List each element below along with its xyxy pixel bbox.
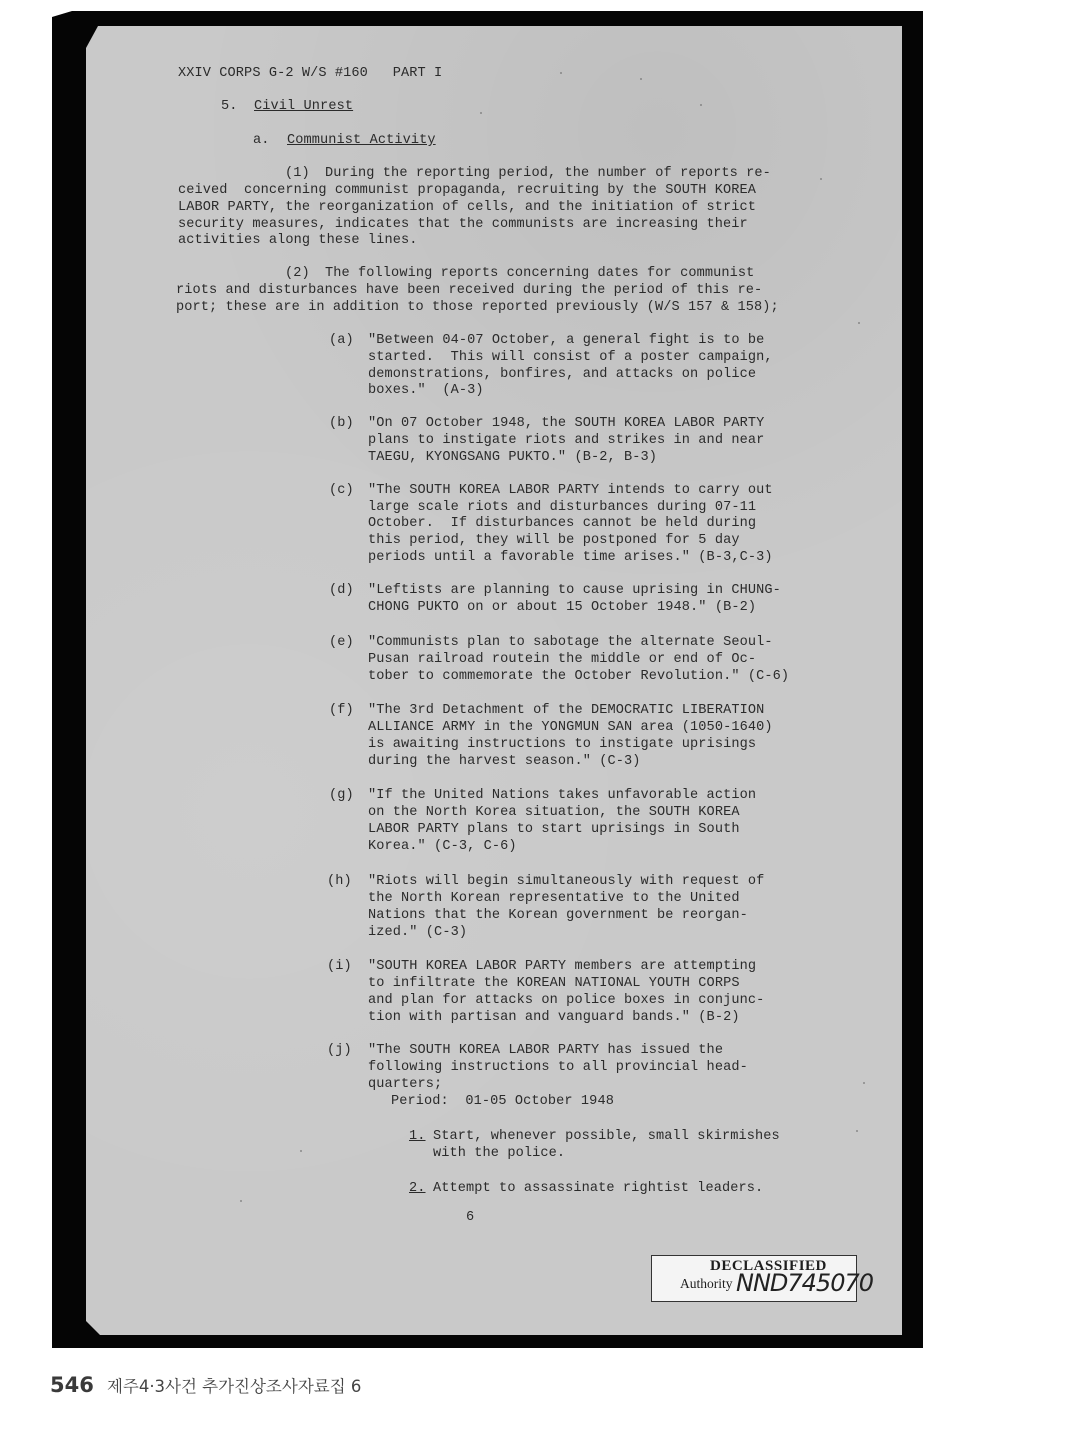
- item-e-line: Pusan railroad routein the middle or end…: [368, 652, 756, 669]
- subsection-letter: a.: [253, 133, 270, 150]
- item-f-line: during the harvest season." (C-3): [368, 754, 641, 771]
- item-g-line: "If the United Nations takes unfavorable…: [368, 788, 756, 805]
- item-i-line: and plan for attacks on police boxes in …: [368, 993, 764, 1010]
- paragraph-1-label: (1): [285, 166, 310, 183]
- paragraph-1-line: security measures, indicates that the co…: [178, 217, 748, 234]
- paragraph-1-line: During the reporting period, the number …: [325, 166, 771, 183]
- scan-speck: [820, 178, 822, 180]
- item-h-line: ized." (C-3): [368, 925, 467, 942]
- document-header: XXIV CORPS G-2 W/S #160 PART I: [178, 66, 442, 83]
- scan-speck: [300, 1150, 302, 1152]
- paragraph-2-line: riots and disturbances have been receive…: [176, 283, 762, 300]
- item-h-line: the North Korean representative to the U…: [368, 891, 740, 908]
- paragraph-2-line: The following reports concerning dates f…: [325, 266, 754, 283]
- book-title: 제주4·3사건 추가진상조사자료집 6: [107, 1377, 361, 1396]
- stamp-authority-label: Authority: [680, 1276, 733, 1292]
- item-h-line: Nations that the Korean government be re…: [368, 908, 748, 925]
- item-h-line: "Riots will begin simultaneously with re…: [368, 874, 764, 891]
- item-d-line: "Leftists are planning to cause uprising…: [368, 583, 781, 600]
- scan-speck: [856, 1130, 858, 1132]
- document-page-number: 6: [466, 1210, 474, 1227]
- item-label-j: (j): [327, 1043, 352, 1060]
- stamp-authority-number: NND745070: [736, 1269, 873, 1297]
- scan-speck: [858, 322, 860, 324]
- item-c-line: this period, they will be postponed for …: [368, 533, 740, 550]
- paragraph-1-line: activities along these lines.: [178, 233, 417, 250]
- item-g-line: LABOR PARTY plans to start uprisings in …: [368, 822, 740, 839]
- item-f-line: ALLIANCE ARMY in the YONGMUN SAN area (1…: [368, 720, 773, 737]
- item-c-line: October. If disturbances cannot be held …: [368, 516, 756, 533]
- item-a-line: demonstrations, bonfires, and attacks on…: [368, 367, 756, 384]
- item-b-line: plans to instigate riots and strikes in …: [368, 433, 764, 450]
- item-g-line: on the North Korea situation, the SOUTH …: [368, 805, 740, 822]
- item-e-line: tober to commemorate the October Revolut…: [368, 669, 789, 686]
- book-page-number: 546: [50, 1373, 94, 1397]
- item-label-a: (a): [329, 333, 354, 350]
- item-label-c: (c): [329, 483, 354, 500]
- subsection-title: Communist Activity: [287, 133, 436, 150]
- instruction-1-line: with the police.: [433, 1146, 565, 1163]
- item-f-line: "The 3rd Detachment of the DEMOCRATIC LI…: [368, 703, 764, 720]
- item-g-line: Korea." (C-3, C-6): [368, 839, 517, 856]
- instruction-label-2: 2.: [409, 1181, 426, 1198]
- item-label-d: (d): [329, 583, 354, 600]
- item-j-line: following instructions to all provincial…: [368, 1060, 748, 1077]
- item-c-line: large scale riots and disturbances durin…: [368, 500, 756, 517]
- scan-speck: [700, 104, 702, 106]
- item-e-line: "Communists plan to sabotage the alterna…: [368, 635, 773, 652]
- item-f-line: is awaiting instructions to instigate up…: [368, 737, 756, 754]
- item-a-line: started. This will consist of a poster c…: [368, 350, 773, 367]
- item-b-line: "On 07 October 1948, the SOUTH KOREA LAB…: [368, 416, 764, 433]
- instruction-1-line: Start, whenever possible, small skirmish…: [433, 1129, 780, 1146]
- scan-speck: [863, 1082, 865, 1084]
- item-a-line: "Between 04-07 October, a general fight …: [368, 333, 764, 350]
- item-label-g: (g): [329, 788, 354, 805]
- item-b-line: TAEGU, KYONGSANG PUKTO." (B-2, B-3): [368, 450, 657, 467]
- section-title: Civil Unrest: [254, 99, 353, 116]
- item-i-line: to infiltrate the KOREAN NATIONAL YOUTH …: [368, 976, 740, 993]
- scan-speck: [560, 72, 562, 74]
- scan-speck: [240, 1200, 242, 1202]
- item-label-f: (f): [329, 703, 354, 720]
- instruction-label-1: 1.: [409, 1129, 426, 1146]
- item-label-h: (h): [327, 874, 352, 891]
- scan-speck: [640, 78, 642, 80]
- item-label-e: (e): [329, 635, 354, 652]
- item-label-i: (i): [327, 959, 352, 976]
- item-c-line: periods until a favorable time arises." …: [368, 550, 773, 567]
- declassified-stamp: DECLASSIFIED Authority NND745070: [651, 1255, 857, 1302]
- section-number: 5.: [221, 99, 238, 116]
- paragraph-2-label: (2): [285, 266, 310, 283]
- item-c-line: "The SOUTH KOREA LABOR PARTY intends to …: [368, 483, 773, 500]
- item-d-line: CHONG PUKTO on or about 15 October 1948.…: [368, 600, 756, 617]
- item-label-b: (b): [329, 416, 354, 433]
- item-j-line: quarters;: [368, 1077, 442, 1094]
- item-i-line: tion with partisan and vanguard bands." …: [368, 1010, 740, 1027]
- instruction-2-line: Attempt to assassinate rightist leaders.: [433, 1181, 763, 1198]
- paragraph-1-line: ceived concerning communist propaganda, …: [178, 183, 756, 200]
- item-j-line: "The SOUTH KOREA LABOR PARTY has issued …: [368, 1043, 723, 1060]
- paragraph-2-line: port; these are in addition to those rep…: [176, 300, 779, 317]
- period-line: Period: 01-05 October 1948: [391, 1094, 614, 1111]
- paragraph-1-line: LABOR PARTY, the reorganization of cells…: [178, 200, 756, 217]
- scan-speck: [480, 112, 482, 114]
- book-footer: 546 제주4·3사건 추가진상조사자료집 6: [50, 1373, 361, 1397]
- item-i-line: "SOUTH KOREA LABOR PARTY members are att…: [368, 959, 756, 976]
- item-a-line: boxes." (A-3): [368, 383, 484, 400]
